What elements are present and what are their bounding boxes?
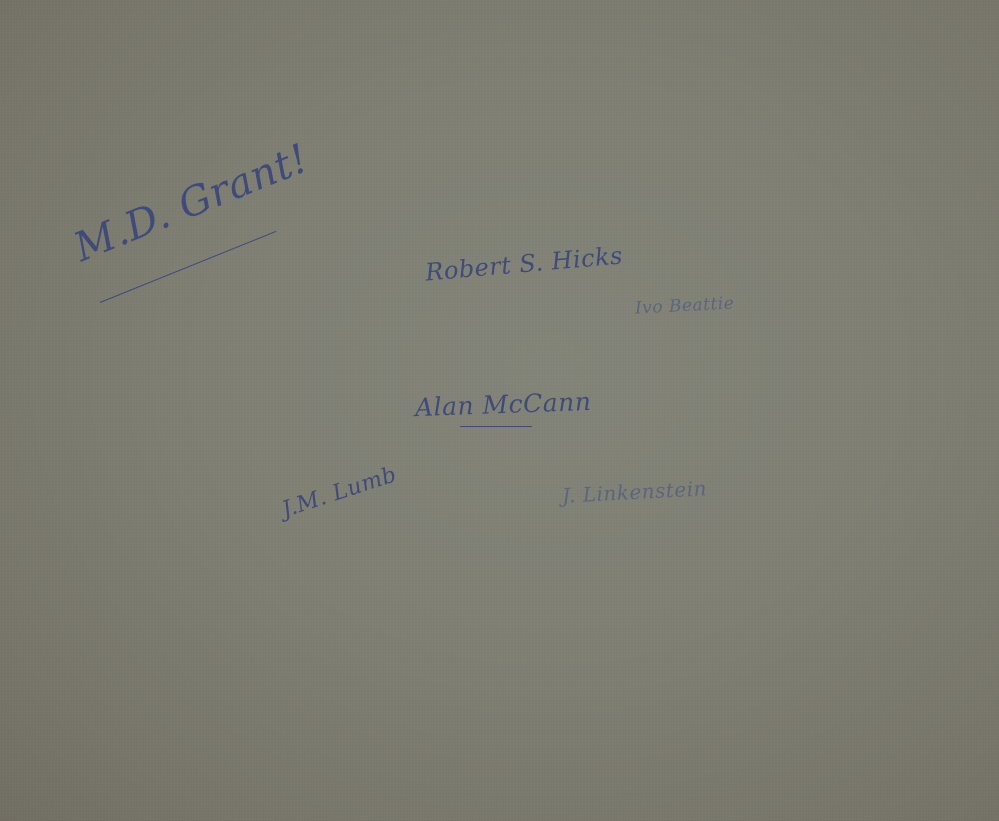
signature-linkenstein: J. Linkenstein — [561, 476, 707, 508]
signature-grant: M.D. Grant! — [68, 135, 315, 271]
signature-hicks: Robert S. Hicks — [424, 241, 624, 286]
signature-mccann: Alan McCann — [415, 387, 592, 422]
signature-lumb: J.M. Lumb — [279, 462, 400, 523]
signature-card: M.D. Grant! Robert S. Hicks Ivo Beattie … — [0, 0, 999, 821]
signature-beattie: Ivo Beattie — [635, 293, 735, 318]
signature-mccann-underline — [460, 426, 532, 427]
